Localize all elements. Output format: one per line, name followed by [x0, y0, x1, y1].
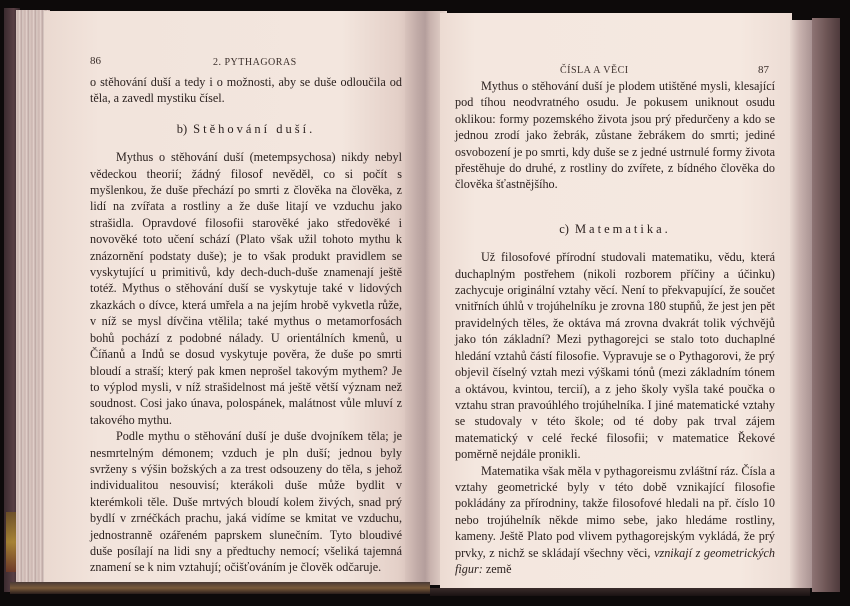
open-book: 86 2. PYTHAGORAS o stěhování duší a tedy…: [0, 0, 850, 606]
section-heading-c: c)Matematika.: [455, 221, 775, 237]
left-paragraph: Mythus o stěhování duší (metempsychosa) …: [90, 149, 402, 428]
right-page-number: 87: [758, 64, 769, 76]
left-paragraph: Podle mythu o stěhování duší je duše dvo…: [90, 428, 402, 576]
right-page-edges: [790, 20, 814, 588]
right-bottom-edge: [430, 588, 810, 596]
right-intro-paragraph: Mythus o stěhování duší je plodem utiště…: [455, 78, 775, 193]
left-bottom-edge: [10, 582, 430, 594]
right-cover: [812, 18, 840, 592]
right-paragraph: Už filosofové přírodní studovali matemat…: [455, 249, 775, 462]
section-title: Matematika.: [575, 222, 671, 236]
right-running-head: ČÍSLA A VĚCI: [560, 65, 629, 76]
right-last-paragraph: Matematika však měla v pythagoreismu zvl…: [455, 463, 775, 578]
left-page-number: 86: [90, 55, 101, 67]
left-intro-paragraph: o stěhování duší a tedy i o možnosti, ab…: [90, 74, 402, 107]
right-page-body: Mythus o stěhování duší je plodem utiště…: [455, 78, 775, 577]
left-page-body: o stěhování duší a tedy i o možnosti, ab…: [90, 74, 402, 576]
section-label: c): [559, 222, 569, 236]
left-running-head: 2. PYTHAGORAS: [213, 57, 297, 68]
section-title: Stěhování duší.: [193, 122, 315, 136]
section-label: b): [177, 122, 187, 136]
section-heading-b: b)Stěhování duší.: [90, 121, 402, 137]
paragraph-text: země: [483, 562, 512, 576]
